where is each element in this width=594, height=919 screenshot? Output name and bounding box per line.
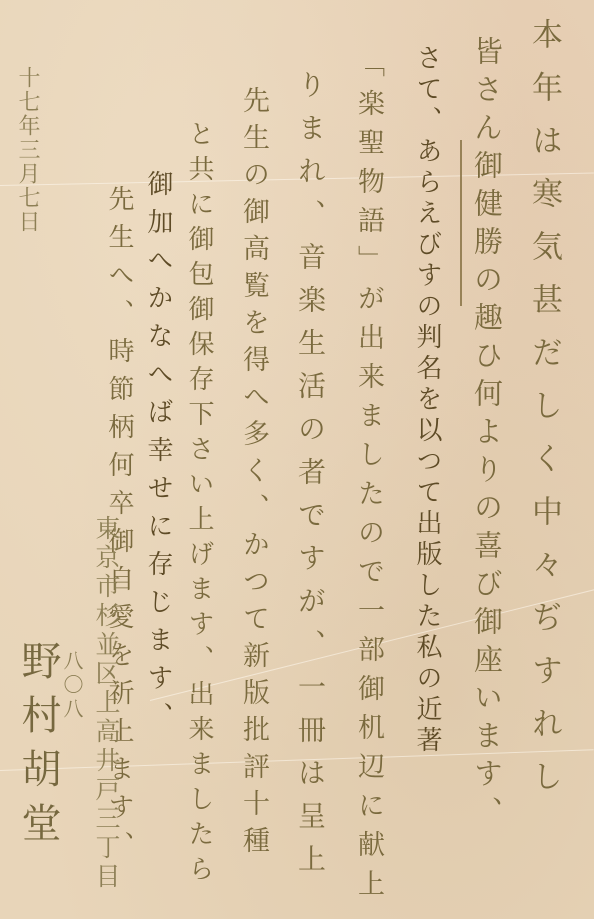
- postal-number: 八〇八: [62, 650, 82, 722]
- letter-column-6: 先生の御高覧を得へ多く、かつて新版批評十種: [240, 86, 267, 863]
- letter-column-8: 御加へかなへば幸せに存じます、: [145, 170, 171, 740]
- letter-column-4: 「楽聖物語」が出来ましたので一部御机辺に献上: [355, 50, 382, 908]
- letter-column-5: りまれ、音楽生活の者ですが、一冊は呈上: [296, 70, 324, 887]
- postcard-paper: 本年は寒気甚だしく中々ぢすれし 皆さん御健勝の趣ひ何よりの喜び御座います、 さて…: [0, 0, 594, 919]
- sender-address: 東京市杉並区上高井戸三丁目: [94, 515, 119, 892]
- vertical-rule-line: [460, 140, 462, 306]
- sender-signature: 野村胡堂: [18, 640, 58, 856]
- letter-column-2: 皆さん御健勝の趣ひ何よりの喜び御座います、: [472, 36, 501, 834]
- letter-column-3: さて、あらえびすの判名を以つて出版した私の近著: [414, 44, 440, 757]
- letter-date: 十七年三月七日: [16, 66, 38, 234]
- letter-column-1: 本年は寒気甚だしく中々ぢすれし: [528, 18, 559, 813]
- letter-column-7: と共に御包御保存下さい上げます、出来ましたら: [186, 120, 212, 890]
